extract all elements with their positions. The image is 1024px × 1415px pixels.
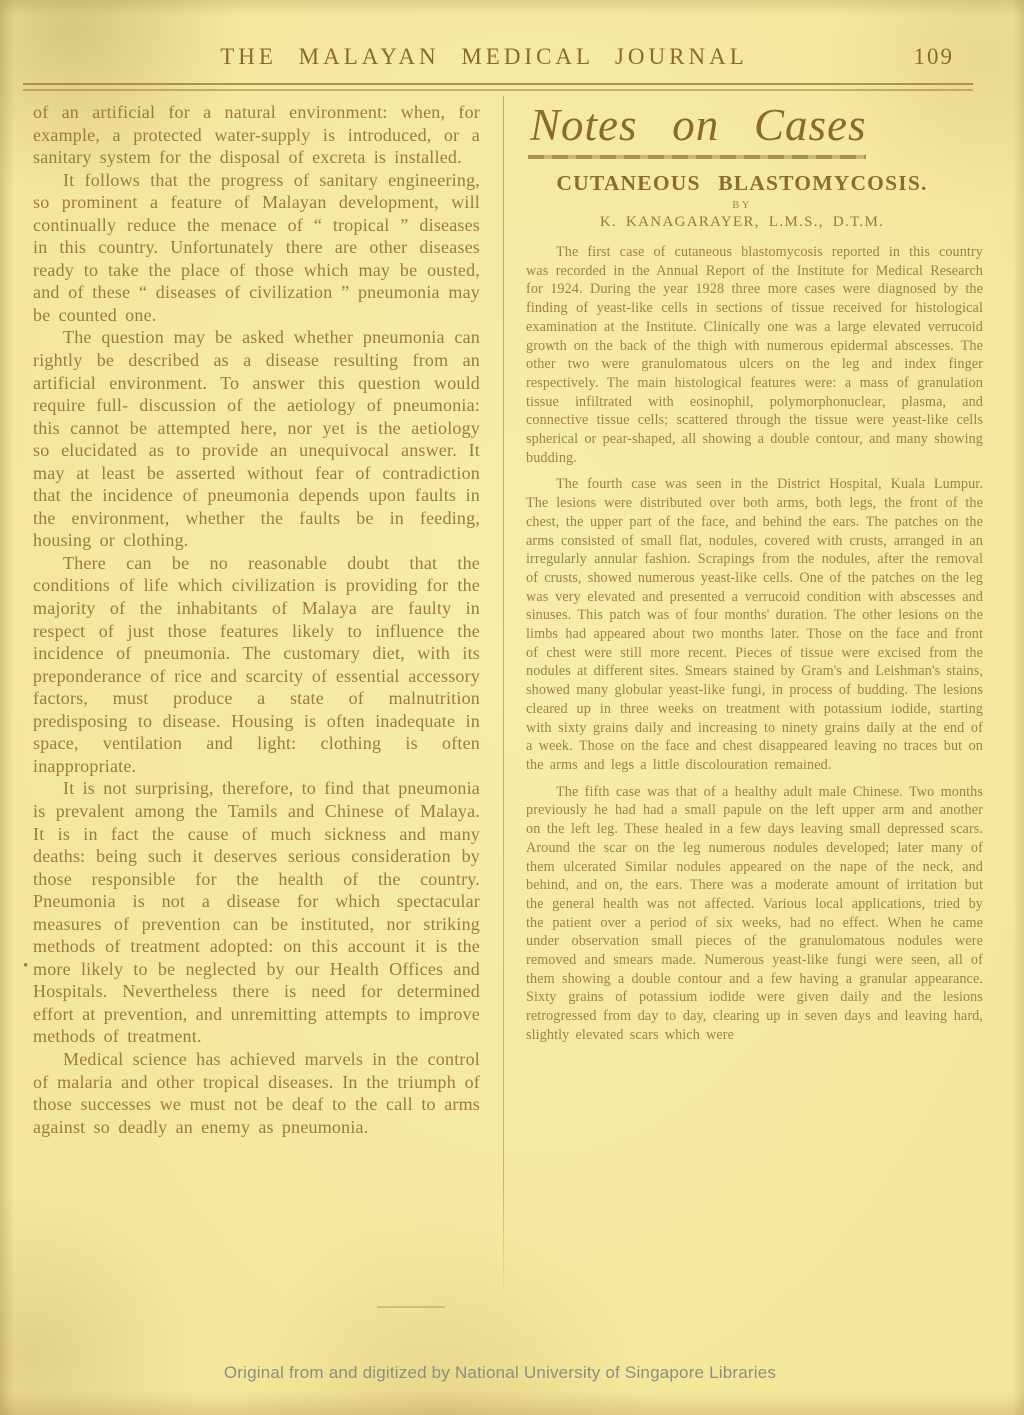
section-heading: Notes on Cases bbox=[530, 98, 983, 152]
left-paragraph: There can be no reasonable doubt that th… bbox=[33, 552, 480, 777]
left-column: of an artificial for a natural environme… bbox=[33, 101, 480, 1138]
margin-mark: • bbox=[23, 958, 28, 975]
column-divider bbox=[503, 96, 504, 1302]
right-paragraph: The fourth case was seen in the District… bbox=[526, 475, 983, 774]
left-paragraph: The question may be asked whether pneumo… bbox=[33, 326, 480, 551]
article-body: The first case of cutaneous blastomycosi… bbox=[526, 243, 983, 1045]
journal-page: THE MALAYAN MEDICAL JOURNAL 109 of an ar… bbox=[0, 0, 1024, 1415]
journal-title: THE MALAYAN MEDICAL JOURNAL bbox=[0, 44, 968, 70]
right-column: Notes on Cases CUTANEOUS BLASTOMYCOSIS. … bbox=[526, 98, 983, 1053]
header-rule bbox=[23, 83, 973, 91]
digitization-credit: Original from and digitized by National … bbox=[0, 1363, 1000, 1383]
page-number: 109 bbox=[914, 44, 955, 70]
left-paragraph: It is not surprising, therefore, to find… bbox=[33, 777, 480, 1048]
article-header: CUTANEOUS BLASTOMYCOSIS. BY K. KANAGARAY… bbox=[526, 171, 958, 231]
left-paragraph: of an artificial for a natural environme… bbox=[33, 101, 480, 169]
byline-prefix: BY bbox=[526, 200, 958, 211]
left-paragraph: It follows that the progress of sanitary… bbox=[33, 169, 480, 327]
article-title: CUTANEOUS BLASTOMYCOSIS. bbox=[526, 171, 958, 196]
author-name: K. KANAGARAYER, L.M.S., D.T.M. bbox=[526, 214, 958, 231]
left-paragraph: Medical science has achieved marvels in … bbox=[33, 1048, 480, 1138]
end-of-article-dash bbox=[377, 1306, 445, 1308]
section-heading-underline bbox=[528, 155, 866, 159]
right-paragraph: The first case of cutaneous blastomycosi… bbox=[526, 243, 983, 467]
right-paragraph: The fifth case was that of a healthy adu… bbox=[526, 783, 983, 1045]
